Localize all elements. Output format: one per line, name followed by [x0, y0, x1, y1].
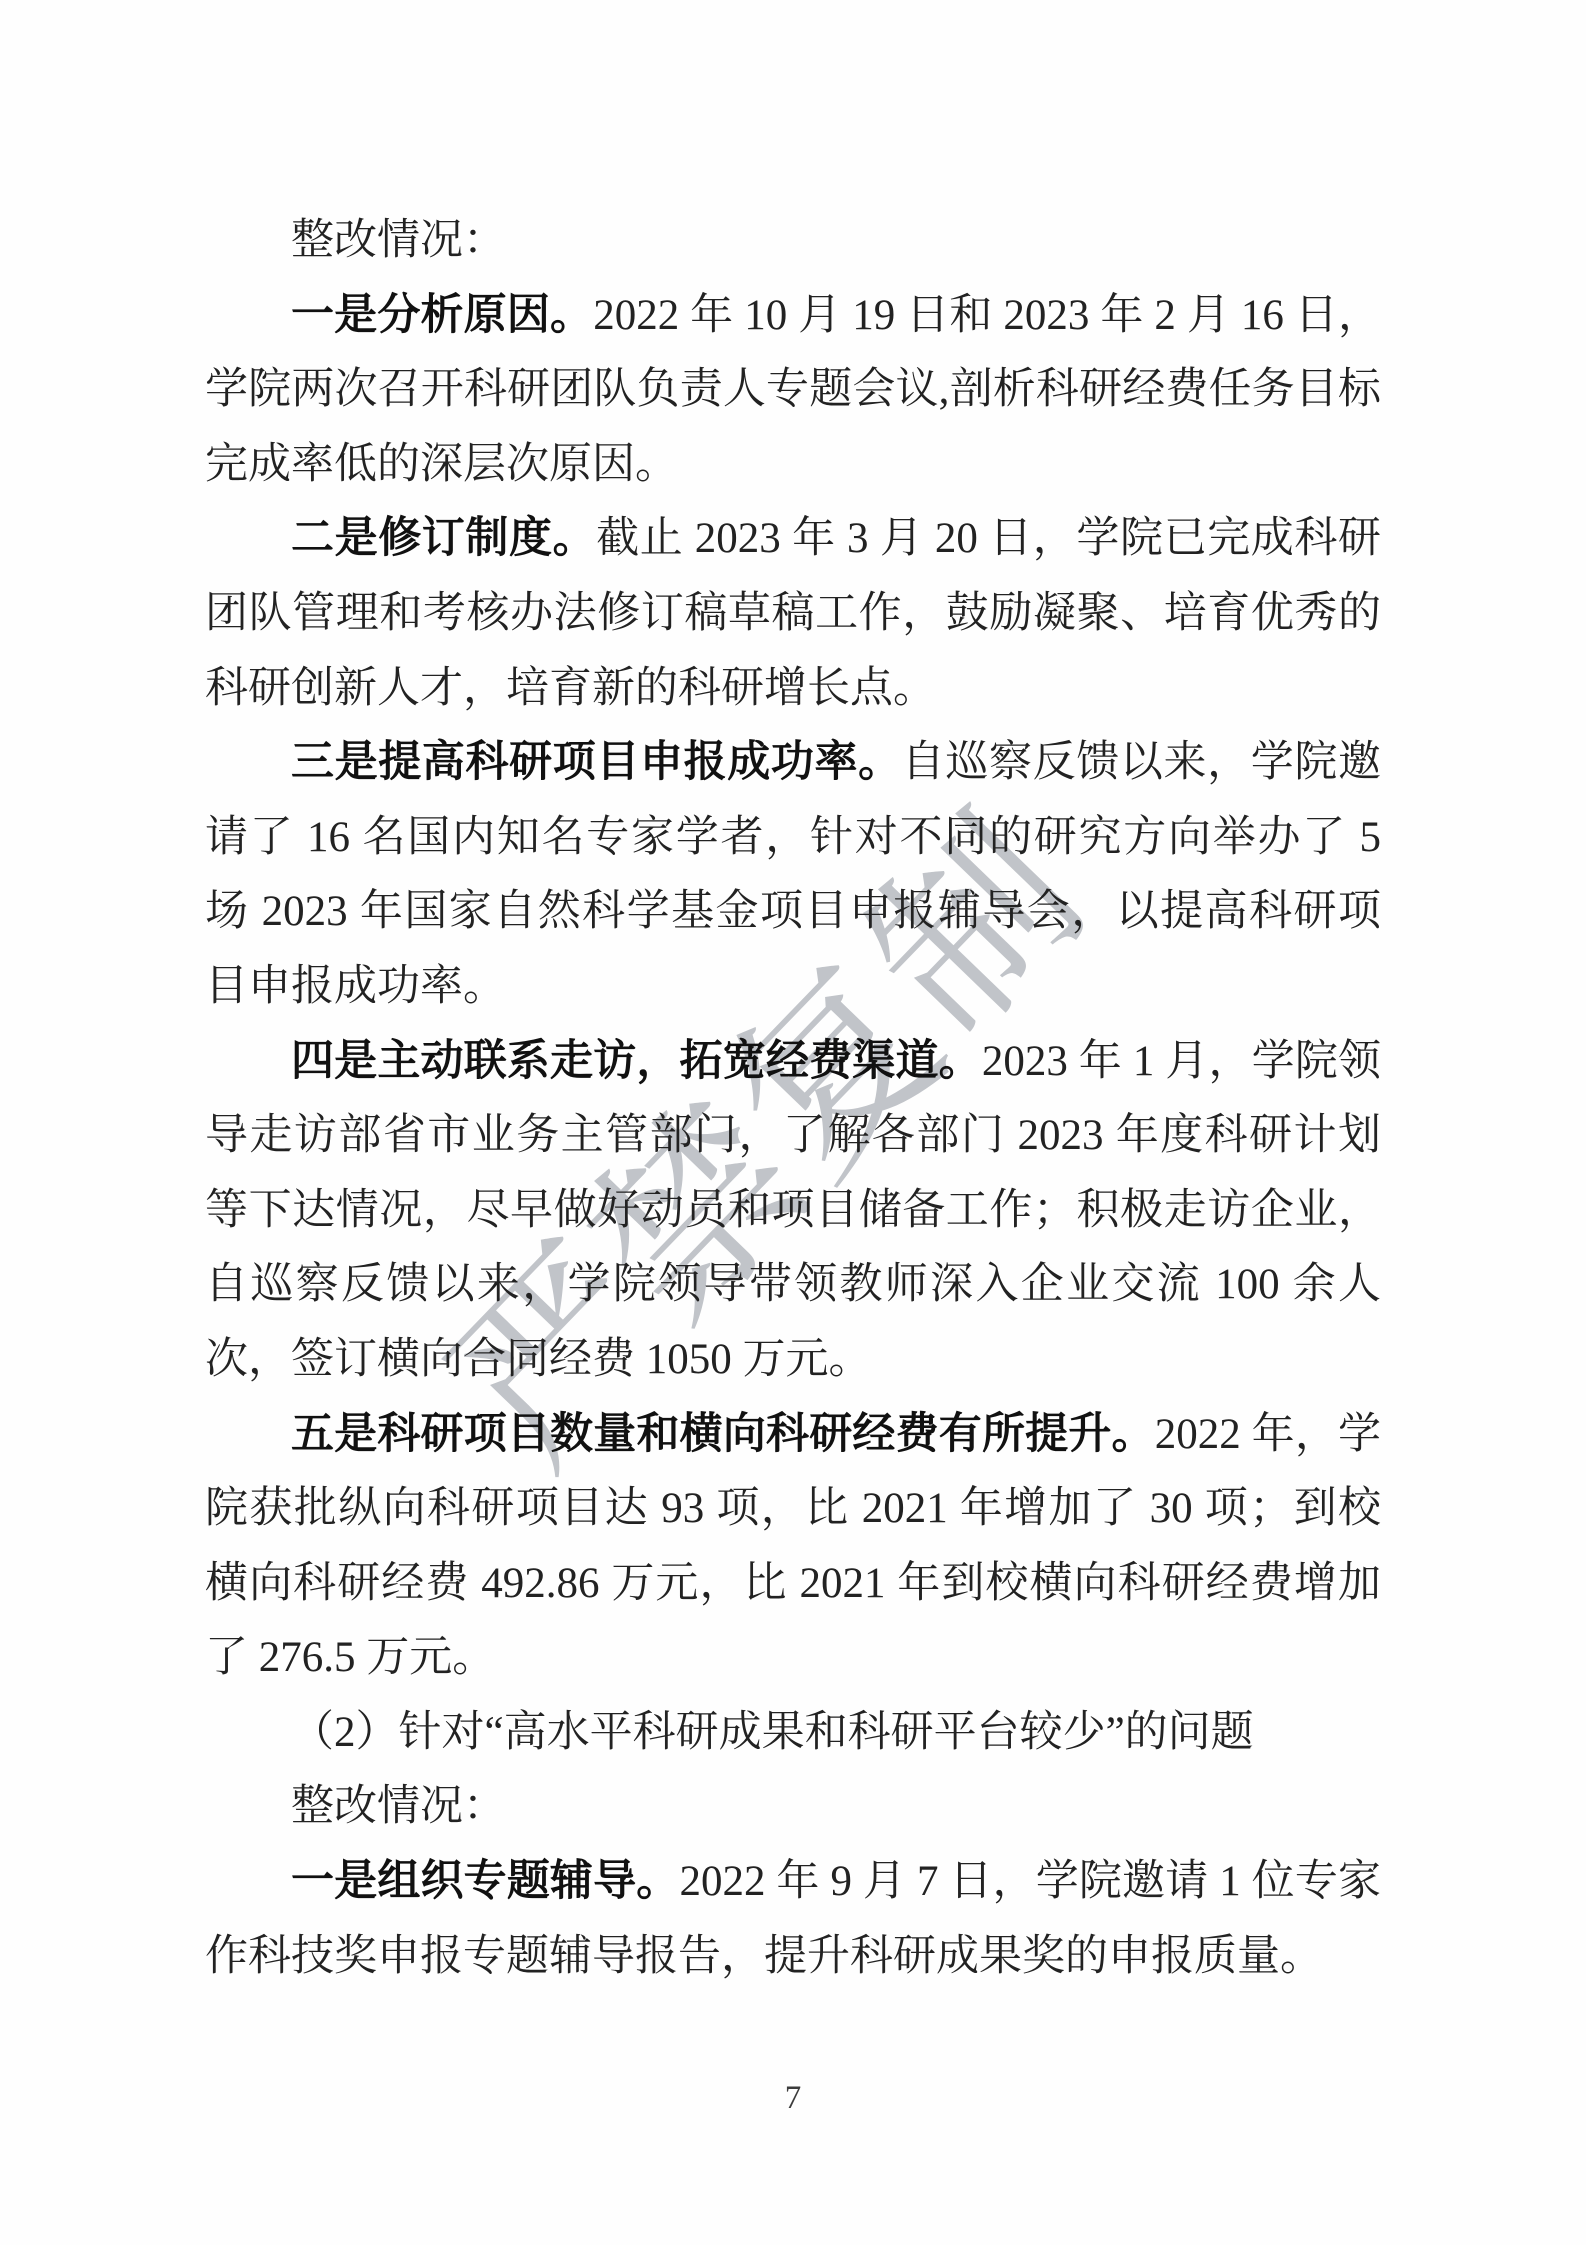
page-number: 7	[0, 2078, 1586, 2118]
paragraph-lead: 三是提高科研项目申报成功率。	[291, 739, 902, 786]
paragraph: （2）针对“高水平科研成果和科研平台较少”的问题	[205, 1696, 1381, 1771]
paragraph-text: 整改情况：	[291, 217, 506, 264]
paragraph: 二是修订制度。截止 2023 年 3 月 20 日，学院已完成科研团队管理和考核…	[205, 502, 1381, 726]
paragraph-lead: 五是科研项目数量和横向科研经费有所提升。	[291, 1411, 1155, 1458]
paragraph-lead: 一是分析原因。	[291, 292, 593, 339]
paragraph: 一是分析原因。2022 年 10 月 19 日和 2023 年 2 月 16 日…	[205, 279, 1381, 503]
paragraph-lead: 一是组织专题辅导。	[291, 1858, 679, 1905]
document-body: 整改情况： 一是分析原因。2022 年 10 月 19 日和 2023 年 2 …	[205, 204, 1381, 1994]
paragraph: 整改情况：	[205, 1770, 1381, 1845]
paragraph: 四是主动联系走访，拓宽经费渠道。2023 年 1 月，学院领导走访部省市业务主管…	[205, 1025, 1381, 1398]
paragraph-lead: 二是修订制度。	[291, 515, 596, 562]
paragraph-text: （2）针对“高水平科研成果和科研平台较少”的问题	[291, 1709, 1254, 1756]
paragraph: 三是提高科研项目申报成功率。自巡察反馈以来，学院邀请了 16 名国内知名专家学者…	[205, 726, 1381, 1024]
document-page: 严禁复制 整改情况： 一是分析原因。2022 年 10 月 19 日和 2023…	[0, 0, 1586, 2245]
paragraph-text: 整改情况：	[291, 1783, 506, 1830]
paragraph: 整改情况：	[205, 204, 1381, 279]
paragraph-lead: 四是主动联系走访，拓宽经费渠道。	[291, 1038, 982, 1085]
paragraph-text: 2023 年 1 月，学院领导走访部省市业务主管部门，了解各部门 2023 年度…	[205, 1038, 1381, 1383]
paragraph: 五是科研项目数量和横向科研经费有所提升。2022 年，学院获批纵向科研项目达 9…	[205, 1398, 1381, 1696]
paragraph: 一是组织专题辅导。2022 年 9 月 7 日，学院邀请 1 位专家作科技奖申报…	[205, 1845, 1381, 1994]
